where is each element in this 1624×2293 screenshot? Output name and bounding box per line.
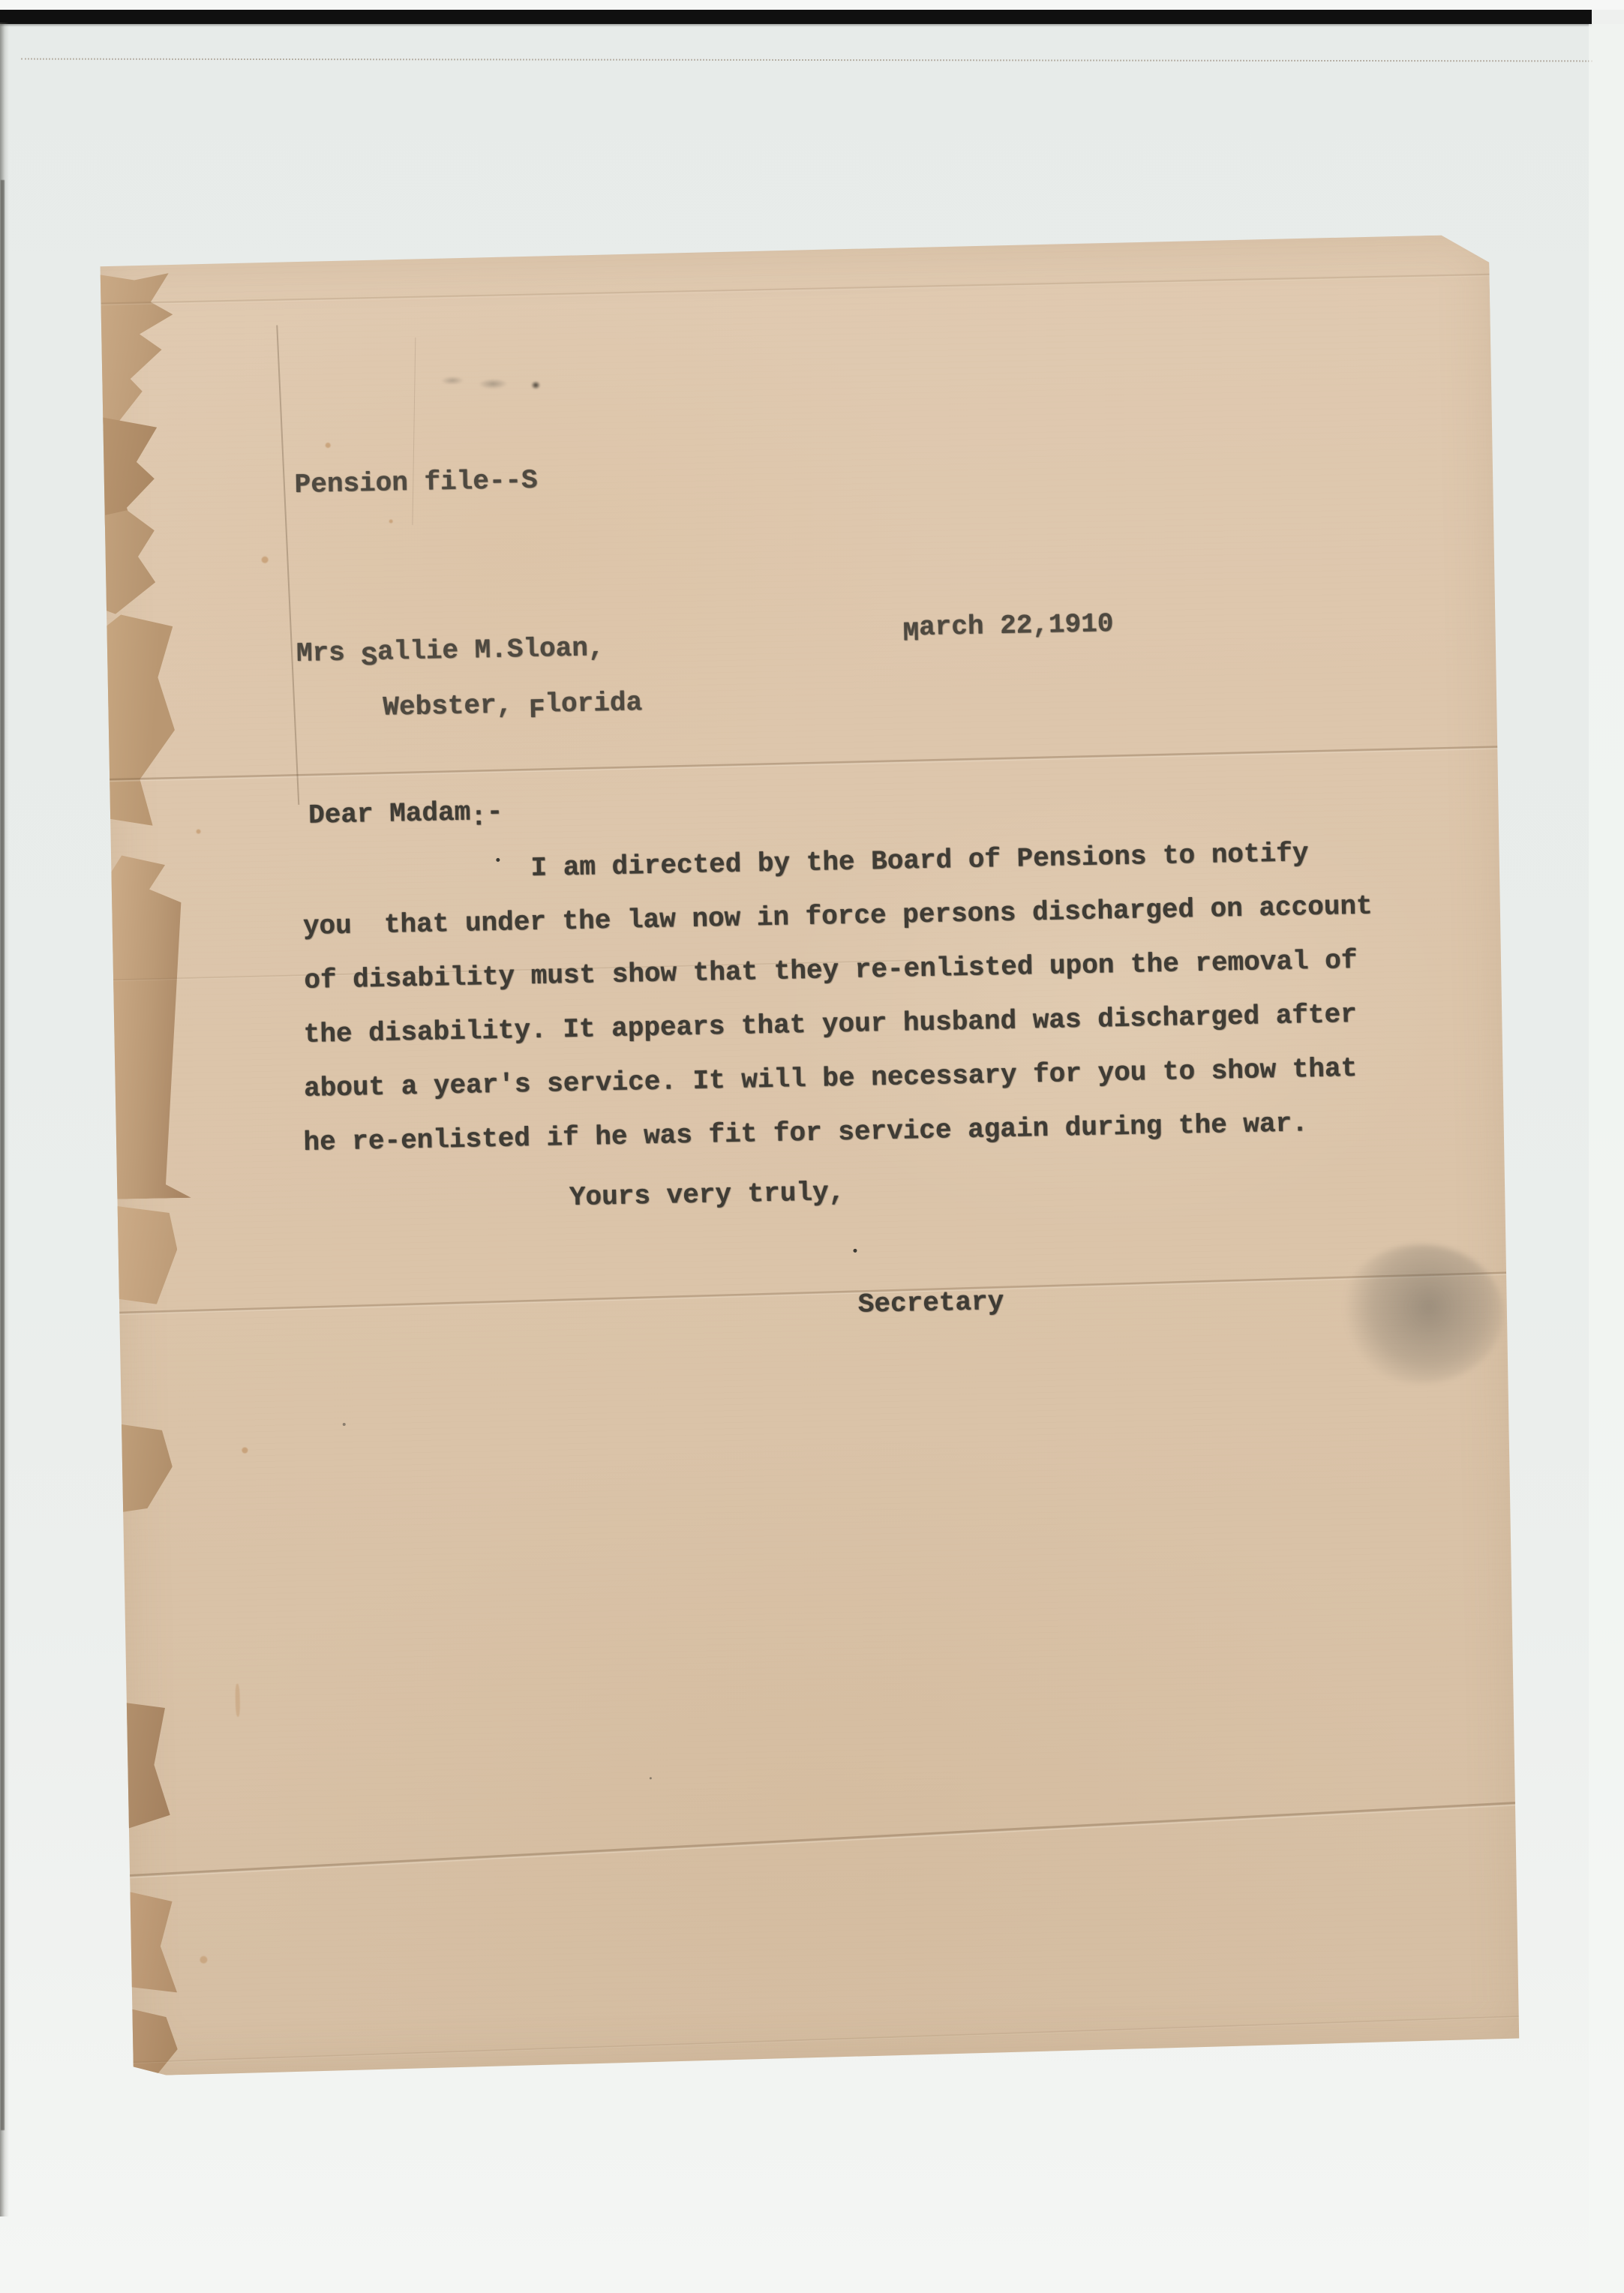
torn-edge-piece — [88, 273, 175, 434]
salutation-line: Dear Madam:- — [308, 797, 503, 831]
signature-line: Secretary — [857, 1286, 1004, 1320]
scanner-edge-bar — [0, 10, 1592, 24]
scanner-top-margin — [0, 0, 1624, 10]
file-label-line: Pension file--S — [294, 465, 538, 501]
scanner-right-margin — [1589, 24, 1624, 2293]
ink-speck — [496, 858, 500, 862]
body-line: of disability must show that they re-enl… — [304, 945, 1358, 996]
body-line: about a year's service. It will be neces… — [304, 1053, 1358, 1104]
fingerprint-smudge — [1337, 1243, 1505, 1385]
scanner-left-edge-line — [1, 180, 5, 2130]
torn-edge-piece — [86, 510, 156, 615]
body-line: the disability. It appears that your hus… — [303, 999, 1357, 1050]
torn-edge-piece — [104, 1205, 179, 1305]
body-line: you that under the law now in force pers… — [303, 891, 1373, 943]
ink-speck — [650, 1777, 652, 1779]
pencil-smudge — [439, 365, 552, 401]
fold-crease — [99, 746, 1520, 783]
ink-speck — [343, 1423, 346, 1426]
letter-paper: Pension file--S March 22,1910 Mrs Sallie… — [95, 234, 1523, 2075]
closing-line: Yours very truly, — [569, 1177, 845, 1213]
date-line: March 22,1910 — [902, 608, 1114, 644]
torn-edge-piece — [95, 854, 191, 1199]
torn-edge-piece — [107, 1421, 173, 1514]
scanner-edge-bar-gap — [1592, 10, 1624, 24]
recipient-name-line: Mrs Sallie M.Sloan, — [296, 632, 605, 669]
torn-edge-piece — [93, 614, 176, 827]
foxing-spot — [326, 443, 331, 448]
ink-speck — [853, 1249, 857, 1253]
foxing-spot — [200, 1956, 207, 1964]
fold-crease — [110, 1271, 1531, 1316]
fold-crease — [124, 2015, 1544, 2064]
fold-crease — [90, 273, 1511, 306]
foxing-spot — [262, 557, 269, 563]
recipient-address-line: Webster, Florida — [383, 687, 642, 723]
foxing-spot — [197, 829, 201, 833]
scratch-line — [276, 325, 299, 804]
fold-crease — [121, 1800, 1541, 1879]
body-line: he re-enlisted if he was fit for service… — [303, 1108, 1308, 1158]
torn-edge-piece — [108, 1702, 170, 1829]
foxing-spot — [235, 1684, 240, 1717]
foxing-spot — [389, 520, 393, 524]
body-line: I am directed by the Board of Pensions t… — [530, 838, 1309, 884]
scanner-dust-line — [21, 59, 1592, 62]
scanned-document: Pension file--S March 22,1910 Mrs Sallie… — [0, 0, 1624, 2293]
torn-edge-piece — [123, 2006, 179, 2078]
foxing-spot — [242, 1447, 248, 1453]
torn-edge-piece — [116, 1889, 181, 1994]
